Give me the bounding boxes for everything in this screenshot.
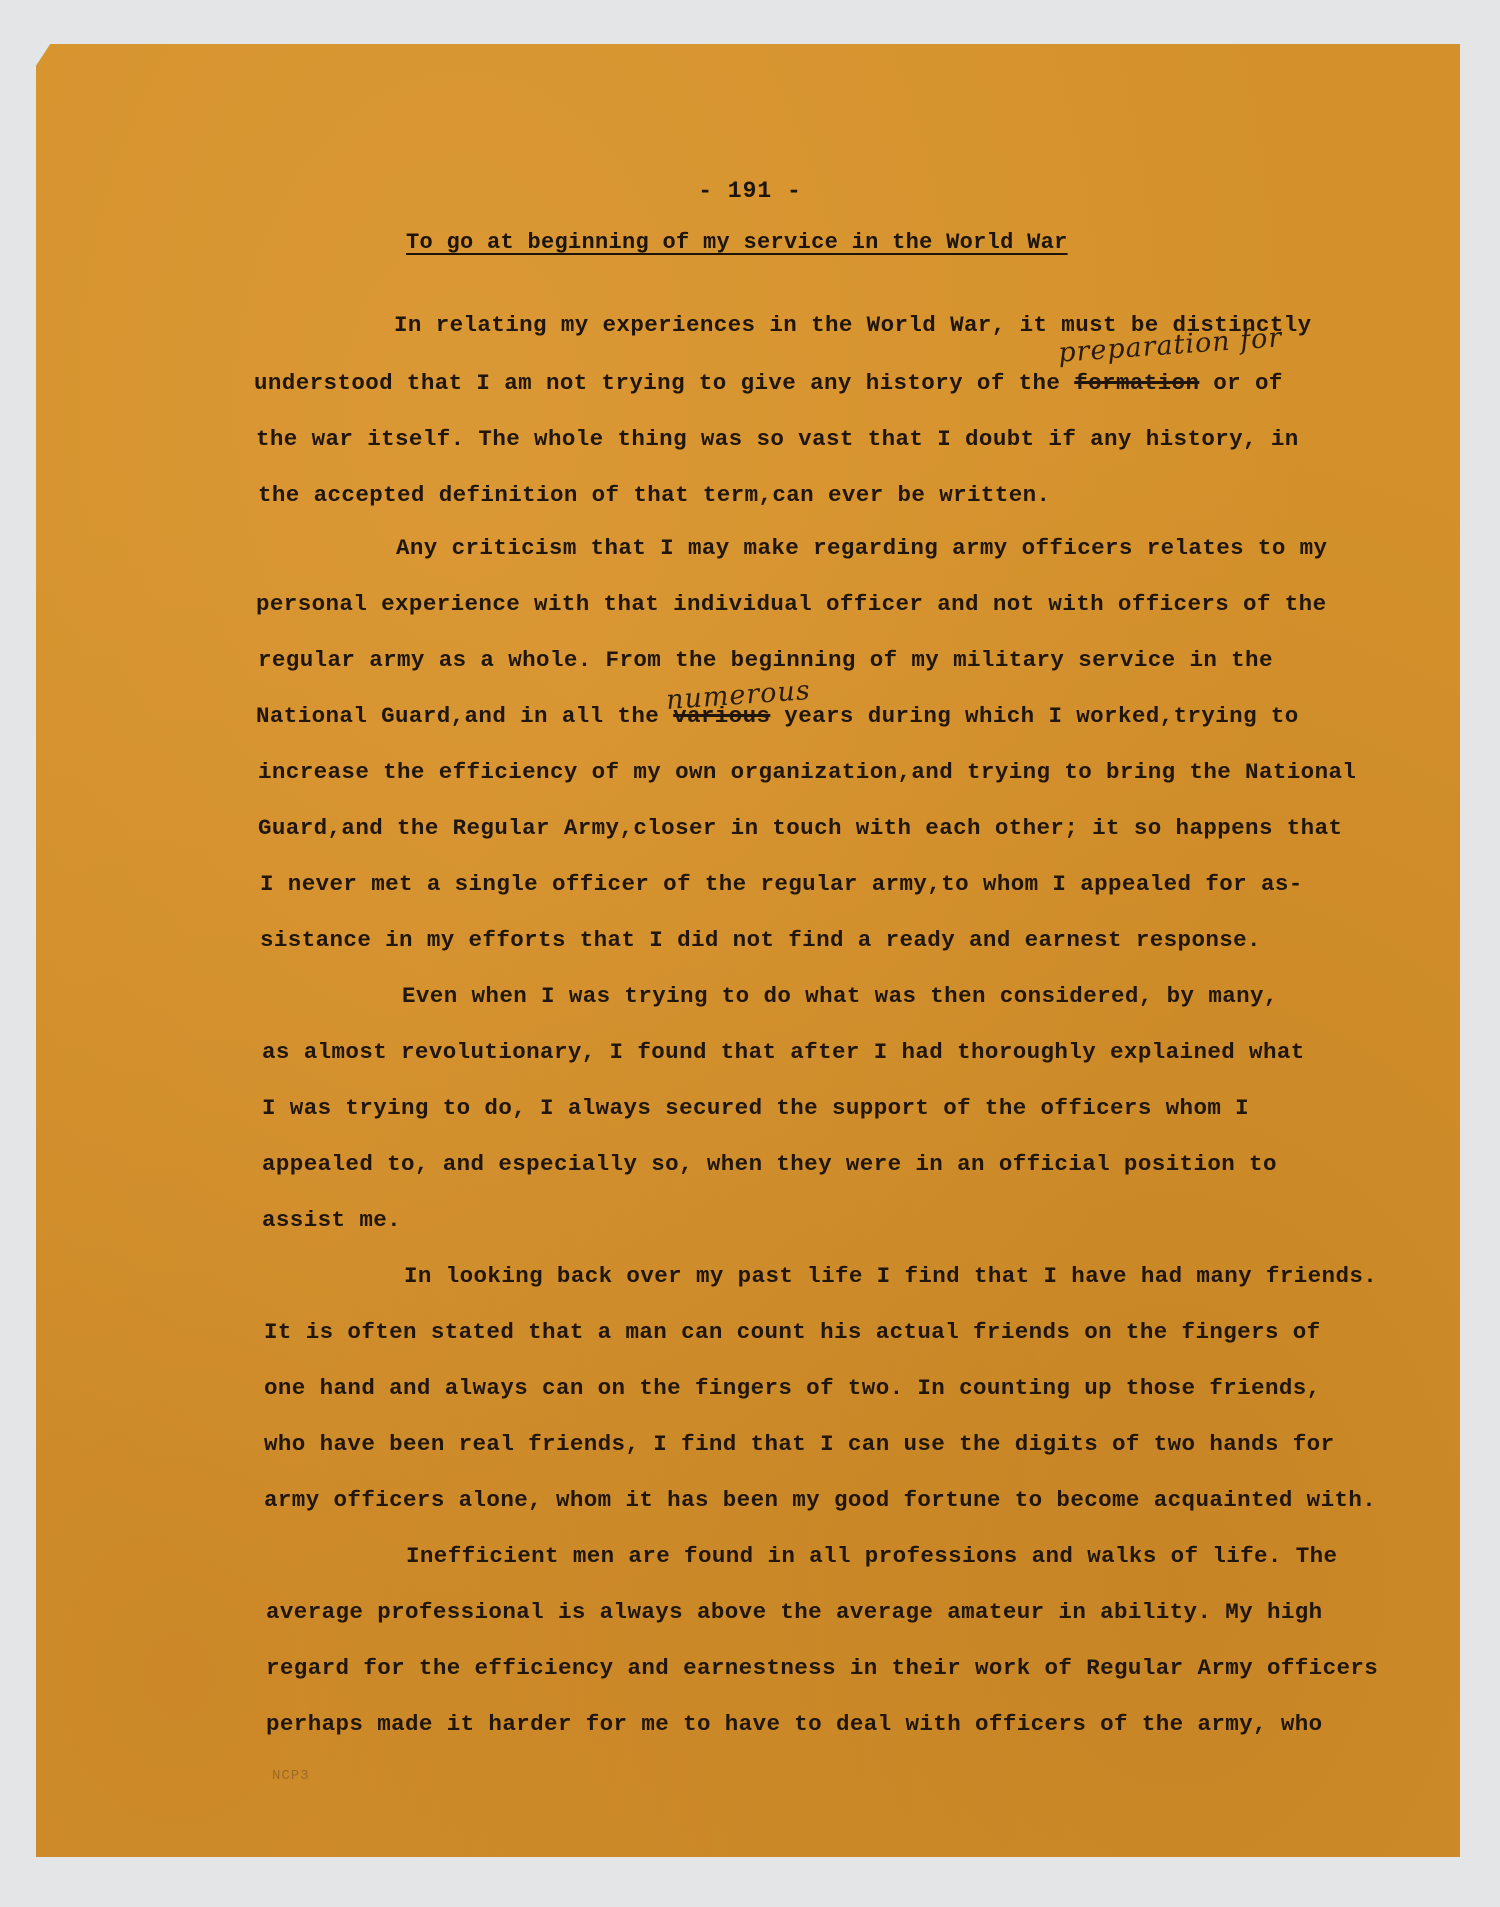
text-line: Even when I was trying to do what was th… bbox=[402, 983, 1278, 1009]
text-line: one hand and always can on the fingers o… bbox=[264, 1375, 1321, 1401]
text-line: as almost revolutionary, I found that af… bbox=[262, 1039, 1305, 1065]
text-line: I never met a single officer of the regu… bbox=[260, 871, 1303, 897]
text-line: average professional is always above the… bbox=[266, 1599, 1323, 1625]
text-line: It is often stated that a man can count … bbox=[264, 1319, 1321, 1345]
text-line: In looking back over my past life I find… bbox=[404, 1263, 1377, 1289]
text-line: regard for the efficiency and earnestnes… bbox=[266, 1655, 1378, 1681]
text-line: who have been real friends, I find that … bbox=[264, 1431, 1334, 1457]
text-line: appealed to, and especially so, when the… bbox=[262, 1151, 1277, 1177]
text-line: increase the efficiency of my own organi… bbox=[258, 759, 1356, 785]
struck-word: various bbox=[673, 703, 770, 729]
text-line: the war itself. The whole thing was so v… bbox=[256, 426, 1299, 452]
struck-word: formation bbox=[1074, 370, 1199, 396]
text-line: Any criticism that I may make regarding … bbox=[396, 535, 1327, 561]
text-line: assist me. bbox=[262, 1207, 401, 1233]
text-line: I was trying to do, I always secured the… bbox=[262, 1095, 1249, 1121]
page-number: - 191 - bbox=[0, 178, 1500, 204]
text-line: the accepted definition of that term,can… bbox=[258, 482, 1050, 508]
text-line: personal experience with that individual… bbox=[256, 591, 1326, 617]
text-line: perhaps made it harder for me to have to… bbox=[266, 1711, 1323, 1737]
text-line: regular army as a whole. From the beginn… bbox=[258, 647, 1273, 673]
text-line: understood that I am not trying to give … bbox=[254, 370, 1283, 396]
faint-stamp: NCP3 bbox=[272, 1768, 310, 1784]
text-line: army officers alone, whom it has been my… bbox=[264, 1487, 1376, 1513]
text-line: sistance in my efforts that I did not fi… bbox=[260, 927, 1261, 953]
document-heading: To go at beginning of my service in the … bbox=[406, 230, 1068, 255]
text-line: National Guard,and in all the various ye… bbox=[256, 703, 1299, 729]
text-line: Guard,and the Regular Army,closer in tou… bbox=[258, 815, 1342, 841]
text-line: Inefficient men are found in all profess… bbox=[406, 1543, 1337, 1569]
